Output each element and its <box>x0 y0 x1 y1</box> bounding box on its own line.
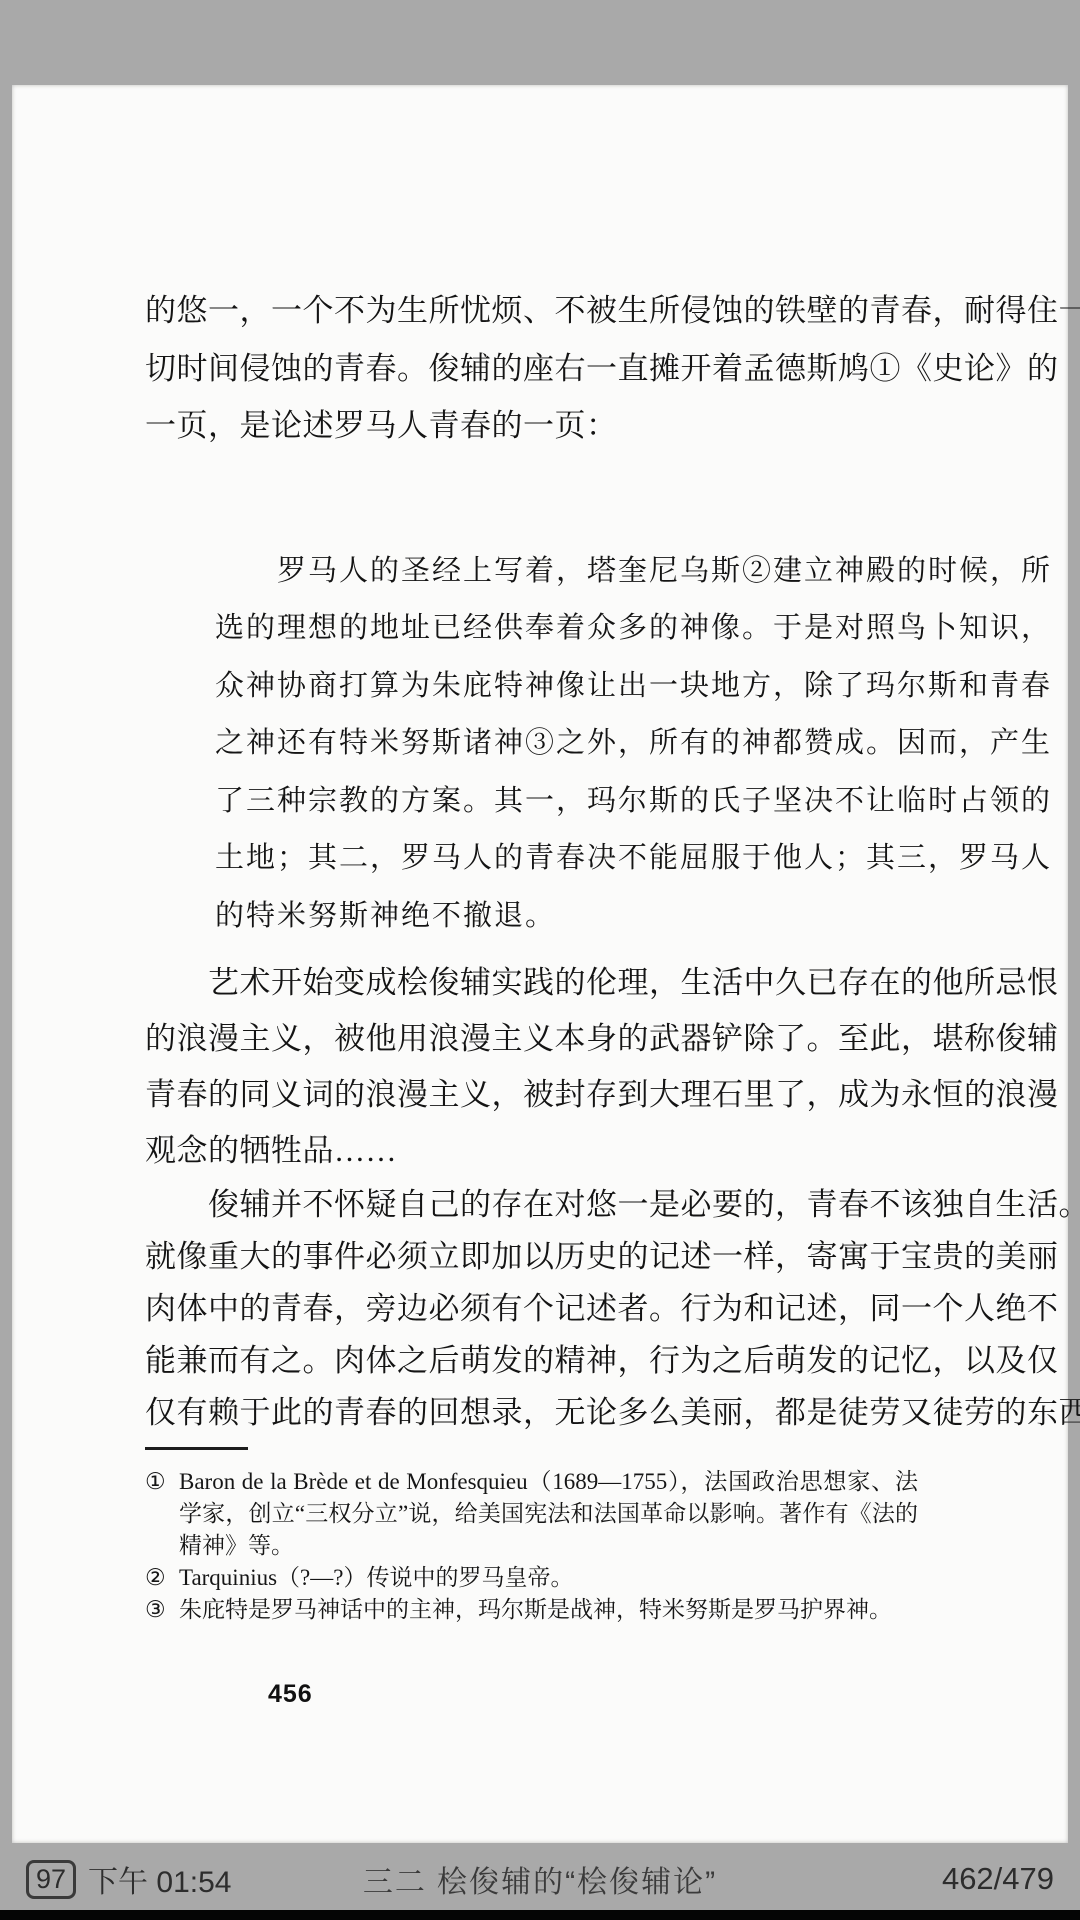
paragraph-2: 艺术开始变成桧俊辅实践的伦理，生活中久已存在的他所忌恨的浪漫主义，被他用浪漫主义… <box>145 955 965 1179</box>
text-line: 观念的牺牲品…… <box>145 1123 965 1179</box>
footnote-marker: ② <box>145 1562 179 1594</box>
reader-status-bar: 97 下午 01:54 三二 桧俊辅的“桧俊辅论” 462/479 <box>0 1848 1080 1910</box>
footnote-marker: ③ <box>145 1594 179 1626</box>
block-quote: 罗马人的圣经上写着，塔奎尼乌斯②建立神殿的时候，所选的理想的地址已经供奉着众多的… <box>215 543 905 946</box>
text-line: 俊辅并不怀疑自己的存在对悠一是必要的，青春不该独自生活。 <box>145 1179 965 1231</box>
text-line: 之神还有特米努斯诸神③之外，所有的神都赞成。因而，产生 <box>215 715 905 773</box>
footnote-rule <box>145 1447 248 1450</box>
text-line: 仅有赖于此的青春的回想录，无论多么美丽，都是徒劳又徒劳的东西。 <box>145 1387 965 1439</box>
status-left-group: 97 下午 01:54 <box>26 1857 363 1901</box>
chapter-title: 三二 桧俊辅的“桧俊辅论” <box>363 1857 717 1901</box>
text-line: 的浪漫主义，被他用浪漫主义本身的武器铲除了。至此，堪称俊辅 <box>145 1011 965 1067</box>
text-line: 能兼而有之。肉体之后萌发的精神，行为之后萌发的记忆，以及仅 <box>145 1335 965 1387</box>
text-line: 艺术开始变成桧俊辅实践的伦理，生活中久已存在的他所忌恨 <box>145 955 965 1011</box>
ereader-screen: { "status_bar": { "battery": "97", "time… <box>0 0 1080 1920</box>
footnotes: ①Baron de la Brède et de Monfesquieu（168… <box>12 1466 1068 1626</box>
book-page[interactable]: 的悠一，一个不为生所忧烦、不被生所侵蚀的铁壁的青春，耐得住一切时间侵蚀的青春。俊… <box>12 85 1068 1843</box>
text-line: 罗马人的圣经上写着，塔奎尼乌斯②建立神殿的时候，所 <box>215 543 905 601</box>
reading-position: 462/479 <box>717 1861 1054 1897</box>
footnote-text: Tarquinius（?—?）传说中的罗马皇帝。 <box>179 1562 918 1594</box>
printed-page-number: 456 <box>268 1680 1068 1709</box>
footnote-text: Baron de la Brède et de Monfesquieu（1689… <box>179 1466 918 1562</box>
text-line: 就像重大的事件必须立即加以历史的记述一样，寄寓于宝贵的美丽 <box>145 1231 965 1283</box>
paragraph-3: 俊辅并不怀疑自己的存在对悠一是必要的，青春不该独自生活。就像重大的事件必须立即加… <box>145 1179 965 1439</box>
text-line: 的悠一，一个不为生所忧烦、不被生所侵蚀的铁壁的青春，耐得住一 <box>145 282 965 340</box>
footnote: ②Tarquinius（?—?）传说中的罗马皇帝。 <box>145 1562 918 1594</box>
text-line: 选的理想的地址已经供奉着众多的神像。于是对照鸟卜知识， <box>215 600 905 658</box>
page-body: 的悠一，一个不为生所忧烦、不被生所侵蚀的铁壁的青春，耐得住一切时间侵蚀的青春。俊… <box>12 282 1068 1439</box>
footnote: ①Baron de la Brède et de Monfesquieu（168… <box>145 1466 918 1562</box>
text-line: 众神协商打算为朱庇特神像让出一块地方，除了玛尔斯和青春 <box>215 658 905 716</box>
text-line: 肉体中的青春，旁边必须有个记述者。行为和记述，同一个人绝不 <box>145 1283 965 1335</box>
footnote: ③朱庇特是罗马神话中的主神，玛尔斯是战神，特米努斯是罗马护界神。 <box>145 1594 918 1626</box>
paragraph-1: 的悠一，一个不为生所忧烦、不被生所侵蚀的铁壁的青春，耐得住一切时间侵蚀的青春。俊… <box>145 282 965 455</box>
text-line: 青春的同义词的浪漫主义，被封存到大理石里了，成为永恒的浪漫 <box>145 1067 965 1123</box>
footnote-marker: ① <box>145 1466 179 1498</box>
text-line: 土地；其二，罗马人的青春决不能屈服于他人；其三，罗马人 <box>215 830 905 888</box>
footnote-text: 朱庇特是罗马神话中的主神，玛尔斯是战神，特米努斯是罗马护界神。 <box>179 1594 918 1626</box>
text-line: 了三种宗教的方案。其一，玛尔斯的氏子坚决不让临时占领的 <box>215 773 905 831</box>
battery-indicator: 97 <box>26 1860 76 1899</box>
text-line: 的特米努斯神绝不撤退。 <box>215 888 905 946</box>
text-line: 一页，是论述罗马人青春的一页： <box>145 397 965 455</box>
clock-label: 下午 01:54 <box>88 1857 231 1901</box>
screen-bottom-strip <box>0 1910 1080 1920</box>
text-line: 切时间侵蚀的青春。俊辅的座右一直摊开着孟德斯鸠①《史论》的 <box>145 340 965 398</box>
